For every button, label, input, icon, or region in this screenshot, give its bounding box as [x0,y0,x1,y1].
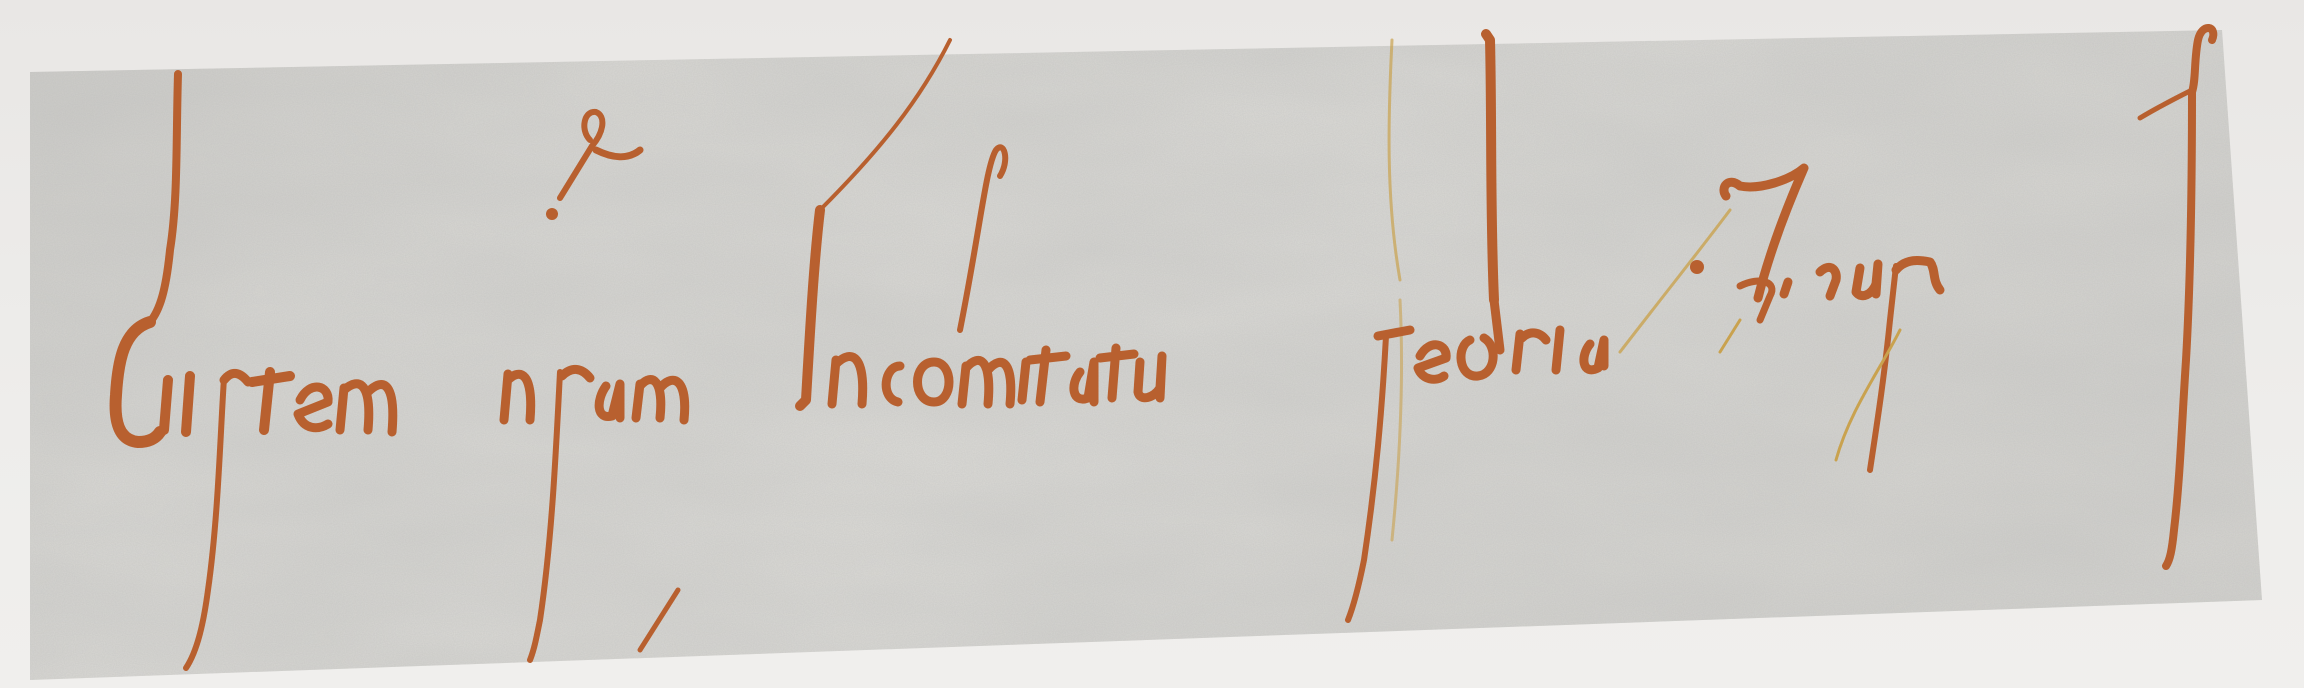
manuscript-text-layer: Curtem nram In comitatu feoria. Ziuup e … [0,0,2304,688]
word-feoria: feoria. [1433,318,1761,430]
word-in: In [819,318,923,430]
word-nram: nram [522,318,786,430]
word-comitatu: comitatu [955,318,1401,430]
word-curtem: Curtem [110,318,490,430]
page: Curtem nram In comitatu feoria. Ziuup e … [0,0,2304,688]
word-ziuup: Ziuup [1794,318,2087,430]
